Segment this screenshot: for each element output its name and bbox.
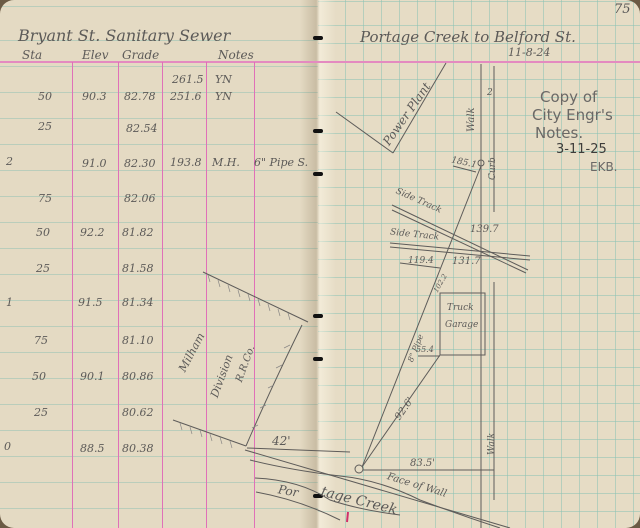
- walk-label-bottom: Walk: [487, 433, 497, 455]
- dist-83: 83.5': [410, 458, 435, 469]
- dimension-42: 42': [272, 434, 291, 448]
- dist-55: 55.4: [416, 345, 434, 354]
- garage-label-2: Garage: [445, 320, 478, 330]
- notebook-spread: 75 Bryant St. Sanitary Sewer Sta Elev Gr…: [0, 0, 640, 528]
- survey-sketch: [0, 0, 640, 528]
- walk-offset-label: 2': [487, 88, 495, 98]
- dist-131: 131.7: [452, 256, 481, 267]
- dist-119: 119.4: [408, 256, 434, 266]
- curb-label: Curb: [488, 157, 498, 180]
- walk-label-top: Walk: [466, 107, 477, 132]
- garage-label-1: Truck: [447, 303, 474, 313]
- dist-139: 139.7: [470, 224, 499, 235]
